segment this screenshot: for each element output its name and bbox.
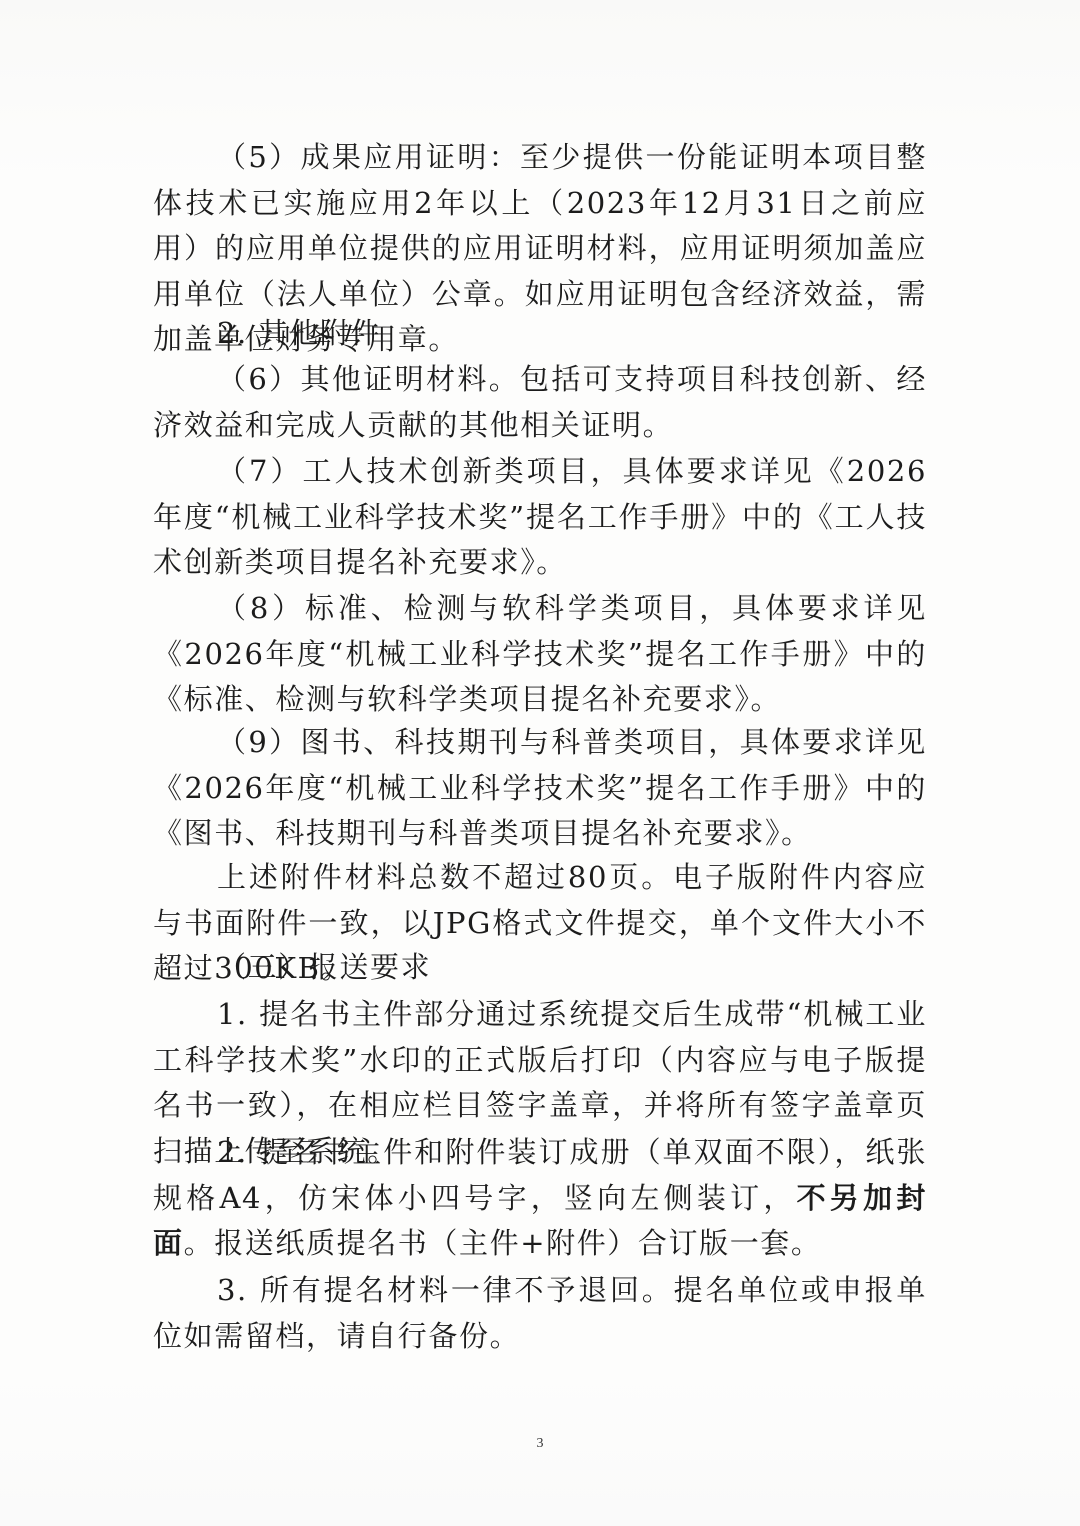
paragraph-books-journals: （9）图书、科技期刊与科普类项目，具体要求详见《2026年度“机械工业科学技术奖… bbox=[153, 720, 927, 857]
document-page: （5）成果应用证明：至少提供一份能证明本项目整体技术已实施应用2年以上（2023… bbox=[0, 0, 1080, 1526]
paragraph-standards-testing: （8）标准、检测与软科学类项目，具体要求详见《2026年度“机械工业科学技术奖”… bbox=[153, 586, 927, 723]
paragraph-worker-innovation: （7）工人技术创新类项目，具体要求详见《2026年度“机械工业科学技术奖”提名工… bbox=[153, 449, 927, 586]
paragraph-requirement-2: 2. 提名书主件和附件装订成册（单双面不限），纸张规格A4，仿宋体小四号字，竖向… bbox=[153, 1130, 927, 1267]
paragraph-requirement-3: 3. 所有提名材料一律不予退回。提名单位或申报单位如需留档，请自行备份。 bbox=[153, 1268, 927, 1359]
heading-other-attachments: 2. 其他附件 bbox=[153, 311, 927, 357]
paragraph-other-proof: （6）其他证明材料。包括可支持项目科技创新、经济效益和完成人贡献的其他相关证明。 bbox=[153, 357, 927, 448]
requirement-2-text-after: 。报送纸质提名书（主件+附件）合订版一套。 bbox=[184, 1226, 822, 1260]
page-number: 3 bbox=[0, 1436, 1080, 1452]
heading-submission-requirements: （三）报送要求 bbox=[153, 945, 927, 991]
